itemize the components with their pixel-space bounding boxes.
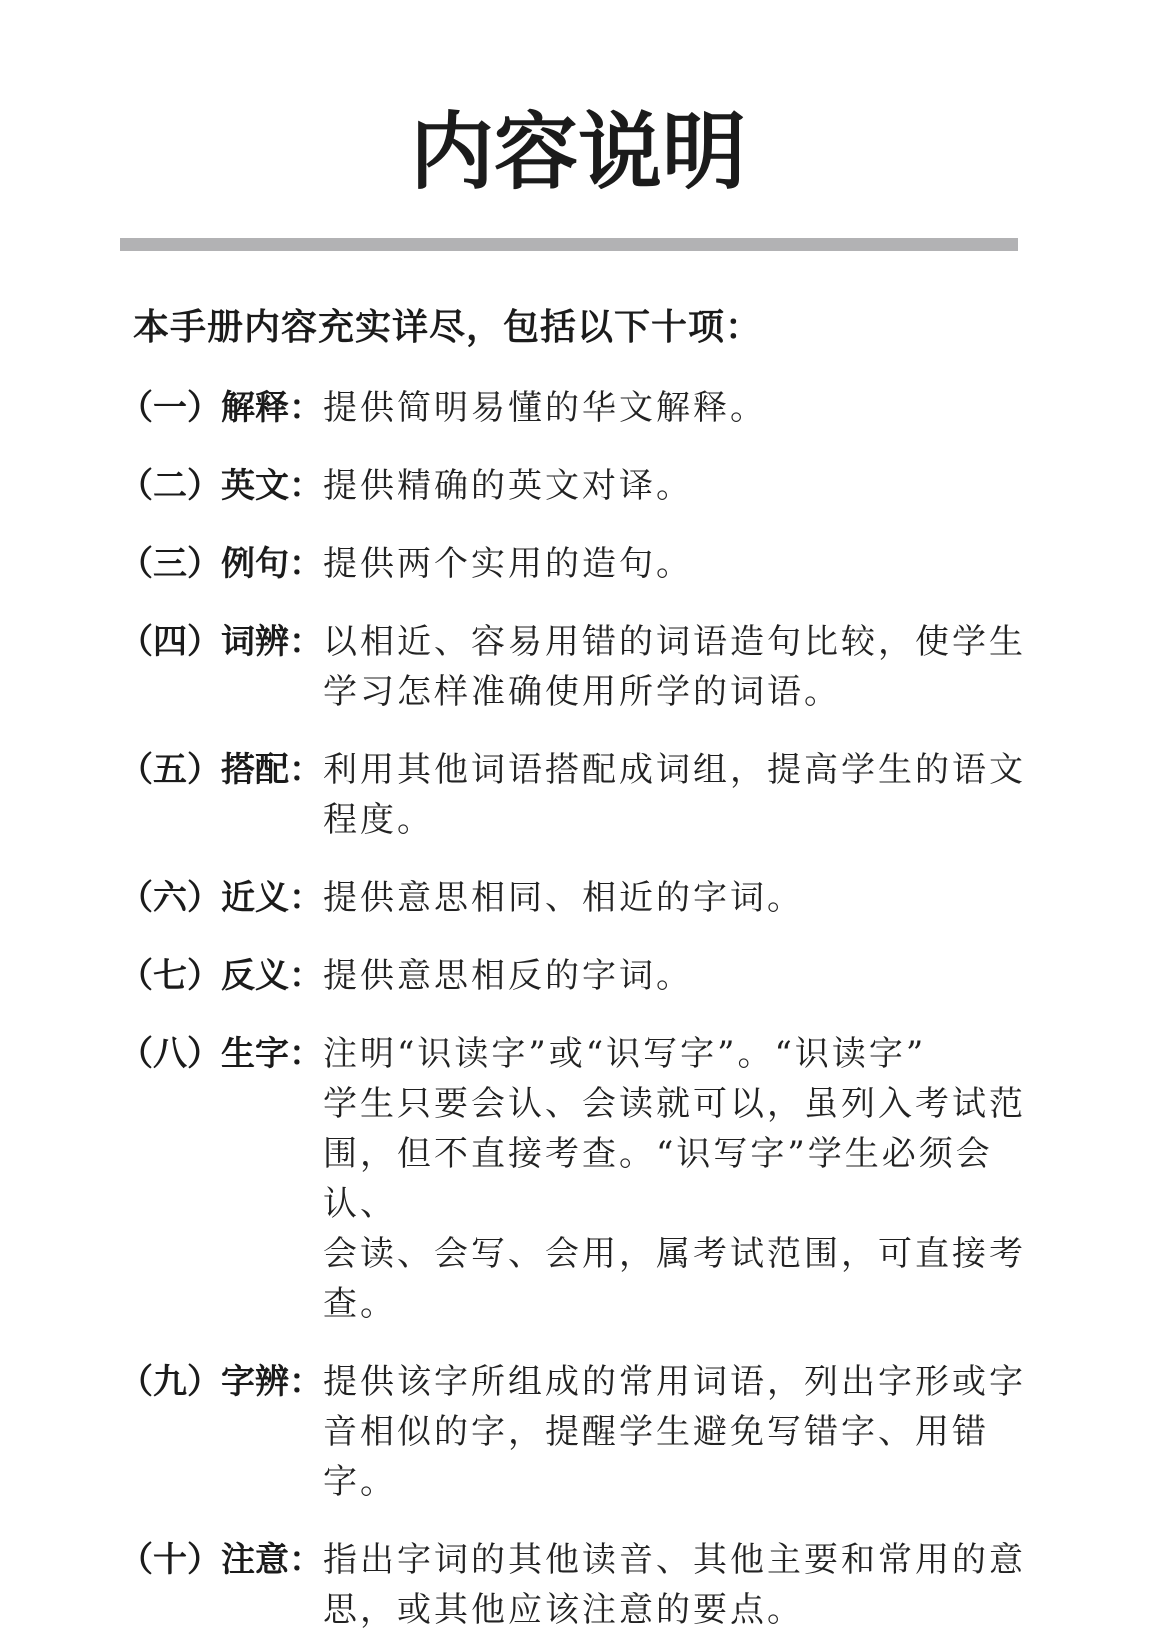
list-item: （四）词辨： 以相近、容易用错的词语造句比较，使学生 学习怎样准确使用所学的词语… <box>119 617 1037 717</box>
list-item: （二）英文： 提供精确的英文对译。 <box>119 461 1037 511</box>
list-item: （七）反义： 提供意思相反的字词。 <box>119 951 1037 1001</box>
item-label: （九）字辨： <box>119 1357 323 1407</box>
item-description: 提供该字所组成的常用词语，列出字形或字 音相似的字，提醒学生避免写错字、用错字。 <box>323 1357 1037 1507</box>
list-item: （九）字辨： 提供该字所组成的常用词语，列出字形或字 音相似的字，提醒学生避免写… <box>119 1357 1037 1507</box>
item-description: 以相近、容易用错的词语造句比较，使学生 学习怎样准确使用所学的词语。 <box>323 617 1037 717</box>
list-item: （十）注意： 指出字词的其他读音、其他主要和常用的意 思，或其他应该注意的要点。 <box>119 1535 1037 1635</box>
list-item: （三）例句： 提供两个实用的造句。 <box>119 539 1037 589</box>
title-divider <box>120 238 1018 251</box>
item-description: 利用其他词语搭配成词组，提高学生的语文 程度。 <box>323 745 1037 845</box>
item-description: 提供简明易懂的华文解释。 <box>323 383 1037 433</box>
list-item: （五）搭配： 利用其他词语搭配成词组，提高学生的语文 程度。 <box>119 745 1037 845</box>
item-label: （六）近义： <box>119 873 323 923</box>
item-label: （七）反义： <box>119 951 323 1001</box>
content-list: （一）解释： 提供简明易懂的华文解释。 （二）英文： 提供精确的英文对译。 （三… <box>119 383 1037 1635</box>
item-label: （八）生字： <box>119 1029 323 1079</box>
document-page: 内容说明 本手册内容充实详尽，包括以下十项： （一）解释： 提供简明易懂的华文解… <box>0 0 1149 1651</box>
item-label: （一）解释： <box>119 383 323 433</box>
list-item: （六）近义： 提供意思相同、相近的字词。 <box>119 873 1037 923</box>
item-label: （二）英文： <box>119 461 323 511</box>
item-description: 注明“识读字”或“识写字”。“识读字” 学生只要会认、会读就可以，虽列入考试范 … <box>323 1029 1037 1329</box>
item-label: （十）注意： <box>119 1535 323 1585</box>
item-description: 指出字词的其他读音、其他主要和常用的意 思，或其他应该注意的要点。 <box>323 1535 1037 1635</box>
item-description: 提供意思相同、相近的字词。 <box>323 873 1037 923</box>
item-description: 提供精确的英文对译。 <box>323 461 1037 511</box>
intro-text: 本手册内容充实详尽，包括以下十项： <box>133 303 1037 353</box>
item-description: 提供两个实用的造句。 <box>323 539 1037 589</box>
list-item: （八）生字： 注明“识读字”或“识写字”。“识读字” 学生只要会认、会读就可以，… <box>119 1029 1037 1329</box>
item-label: （三）例句： <box>119 539 323 589</box>
list-item: （一）解释： 提供简明易懂的华文解释。 <box>119 383 1037 433</box>
item-label: （五）搭配： <box>119 745 323 795</box>
page-title: 内容说明 <box>119 100 1037 205</box>
item-description: 提供意思相反的字词。 <box>323 951 1037 1001</box>
item-label: （四）词辨： <box>119 617 323 667</box>
